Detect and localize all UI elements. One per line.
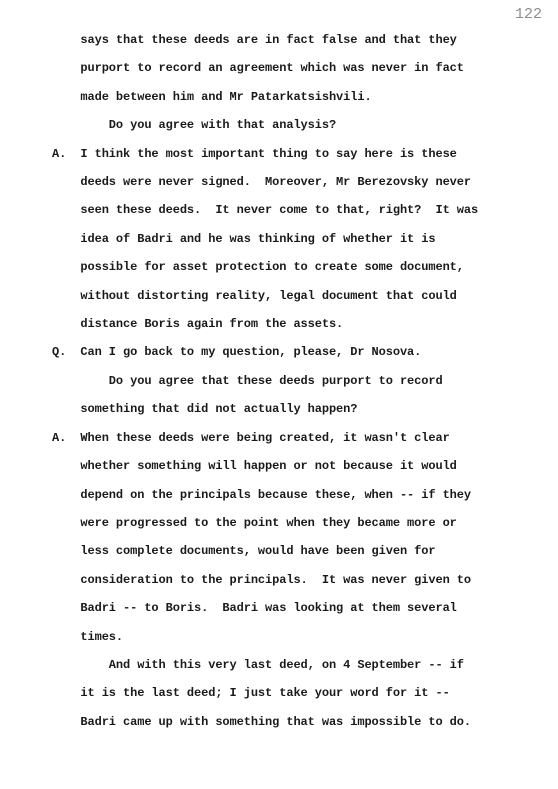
transcript-body: says that these deeds are in fact false … <box>52 26 548 736</box>
transcript-line: idea of Badri and he was thinking of whe… <box>52 225 548 253</box>
transcript-line: deeds were never signed. Moreover, Mr Be… <box>52 168 548 196</box>
page-number: 122 <box>515 6 542 23</box>
transcript-line: Badri came up with something that was im… <box>52 708 548 736</box>
transcript-line: And with this very last deed, on 4 Septe… <box>52 651 548 679</box>
transcript-line: something that did not actually happen? <box>52 395 548 423</box>
transcript-line: purport to record an agreement which was… <box>52 54 548 82</box>
transcript-line: whether something will happen or not bec… <box>52 452 548 480</box>
transcript-line: Do you agree that these deeds purport to… <box>52 367 548 395</box>
transcript-line: distance Boris again from the assets. <box>52 310 548 338</box>
transcript-line-answer: A. I think the most important thing to s… <box>52 140 548 168</box>
transcript-line: Do you agree with that analysis? <box>52 111 548 139</box>
transcript-line: times. <box>52 623 548 651</box>
transcript-line: depend on the principals because these, … <box>52 481 548 509</box>
transcript-line: consideration to the principals. It was … <box>52 566 548 594</box>
transcript-line: without distorting reality, legal docume… <box>52 282 548 310</box>
transcript-line: seen these deeds. It never come to that,… <box>52 196 548 224</box>
transcript-line: less complete documents, would have been… <box>52 537 548 565</box>
transcript-line: possible for asset protection to create … <box>52 253 548 281</box>
transcript-line-answer: A. When these deeds were being created, … <box>52 424 548 452</box>
transcript-line: says that these deeds are in fact false … <box>52 26 548 54</box>
transcript-line: were progressed to the point when they b… <box>52 509 548 537</box>
transcript-line-question: Q. Can I go back to my question, please,… <box>52 338 548 366</box>
transcript-line: made between him and Mr Patarkatsishvili… <box>52 83 548 111</box>
transcript-line: it is the last deed; I just take your wo… <box>52 679 548 707</box>
transcript-line: Badri -- to Boris. Badri was looking at … <box>52 594 548 622</box>
transcript-page: 122 says that these deeds are in fact fa… <box>0 0 558 789</box>
